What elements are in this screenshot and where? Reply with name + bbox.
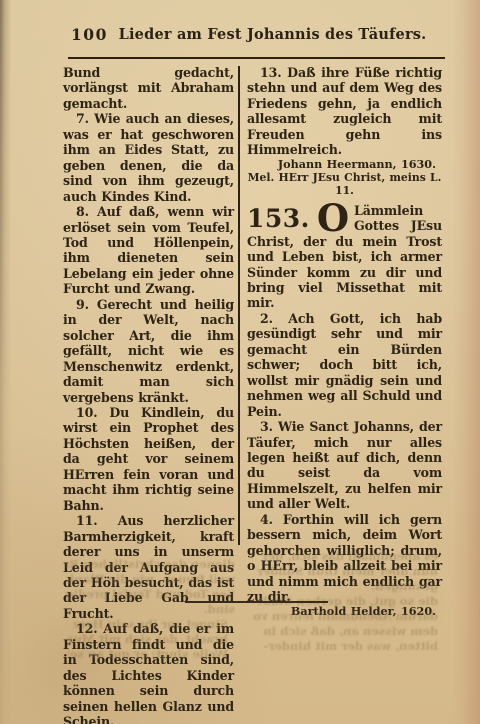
hymn-opening: 153.OLämmlein Gottes JEsu Christ, der du… [247, 203, 442, 311]
melody-line: Mel. HErr JEsu Christ, meins L. 11. [247, 171, 442, 197]
verse-paragraph: 10. Du Kindlein, du wirst ein Prophet de… [63, 405, 234, 513]
author-attribution: Johann Heermann, 1630. [247, 158, 442, 171]
bleedthrough-text-left: dienen das christlichen Reich erweil fre… [65, 557, 235, 617]
verse-paragraph: 7. Wie auch an dieses, was er hat geschw… [63, 111, 234, 204]
header-rule [68, 57, 445, 59]
page-gutter-shadow [0, 0, 11, 724]
right-column: 13. Daß ihre Füße richtig stehn und auf … [247, 65, 442, 618]
verse-paragraph: 2. Ach Gott, ich hab gesündigt sehr und … [247, 311, 442, 419]
verse-paragraph: 8. Auf daß, wenn wir erlöset sein vom Te… [63, 204, 234, 297]
verse-paragraph: 3. Wie Sanct Johanns, der Täufer, mich n… [247, 419, 442, 512]
page-title: Lieder am Fest Johannis des Täufers. [100, 26, 445, 43]
verse-paragraph: 9. Gerecht und heilig in der Welt, nach … [63, 297, 234, 405]
hymn-drop-cap: O [317, 203, 349, 233]
bleedthrough-text-left-lower: Singet vor ihr sein Herzbracht, das sich… [68, 617, 228, 662]
page-edge-shadow [452, 0, 480, 724]
verse-paragraph: 13. Daß ihre Füße richtig stehn und auf … [247, 65, 442, 158]
column-divider [238, 66, 240, 545]
hymn-number: 153. [247, 203, 310, 233]
section-end-rule [185, 601, 328, 603]
verse-paragraph: Bund gedacht, vorlängst mit Abraham gema… [63, 65, 234, 111]
